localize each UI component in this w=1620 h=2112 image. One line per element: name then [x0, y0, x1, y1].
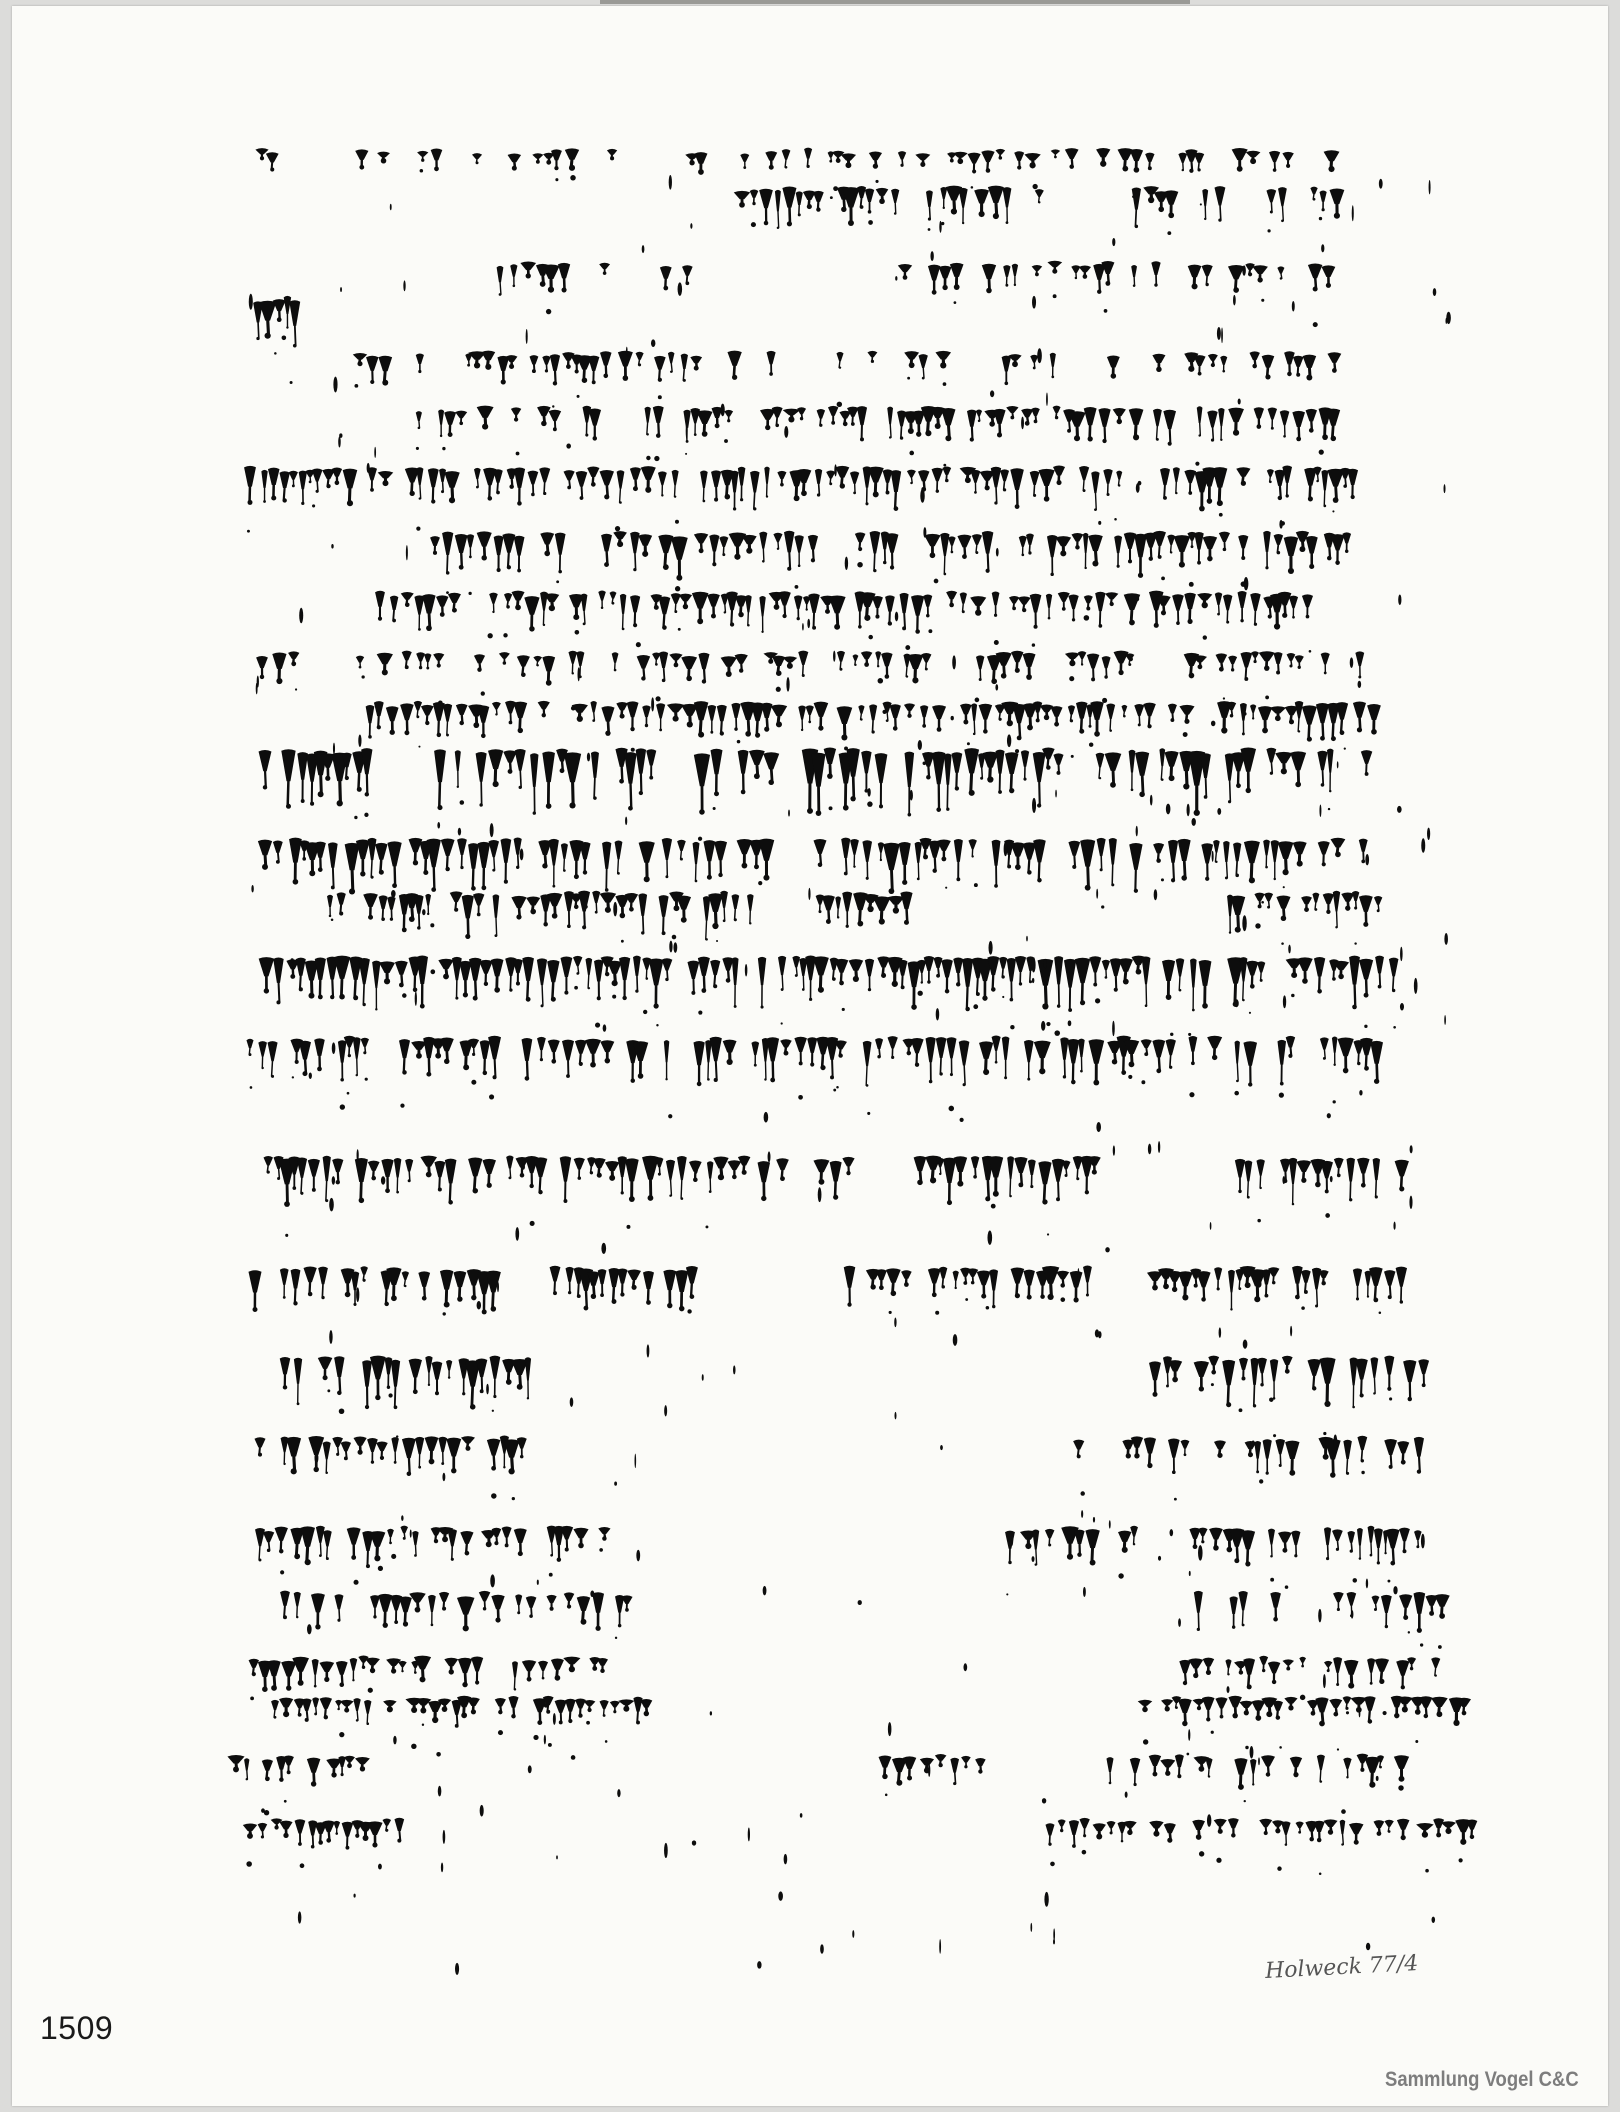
collection-watermark: Sammlung Vogel C&C — [1385, 2068, 1579, 2092]
ink-drip-artwork — [0, 0, 1620, 2112]
catalog-number: 1509 — [40, 2010, 113, 2047]
drip-pattern-graphic — [0, 0, 1620, 2112]
